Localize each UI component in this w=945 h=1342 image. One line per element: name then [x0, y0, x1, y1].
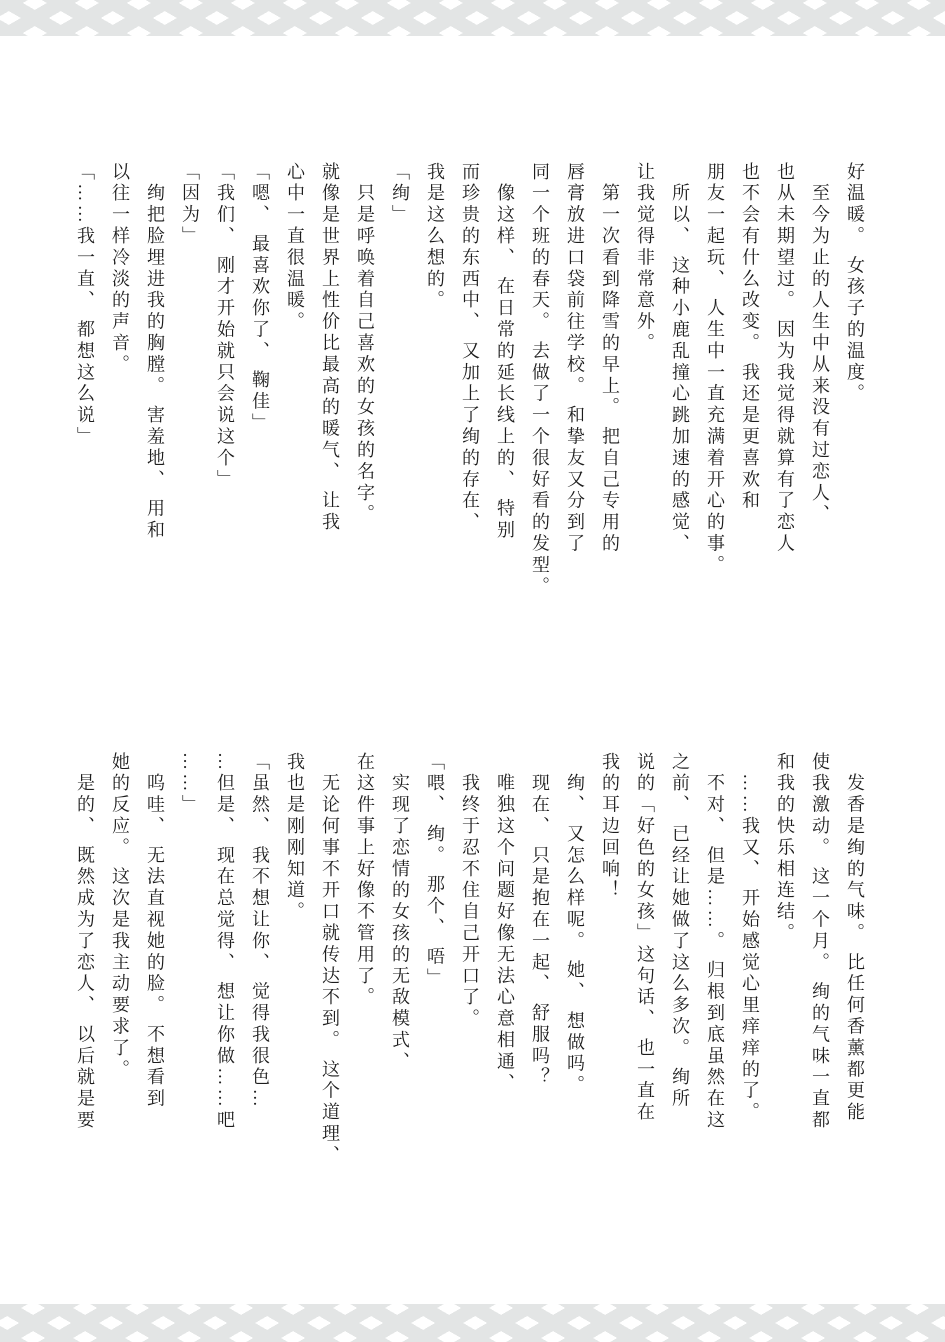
upper-text-block: 好温暖。 女孩子的温度。 至今为止的人生中从来没有过恋人、也从未期望过。 因为我… [67, 162, 872, 602]
text-line: 绚、 又怎么样呢。 她、 想做吗。 [557, 752, 592, 1192]
text-line: 之前、 已经让她做了这么多次。 绚所 [662, 752, 697, 1192]
text-line: 唯独这个问题好像无法心意相通、 [487, 752, 522, 1192]
text-line: 「虽然、 我不想让你、 觉得我很色… [242, 752, 277, 1192]
text-line: 在这件事上好像不管用了。 [347, 752, 382, 1192]
text-line: 我终于忍不住自己开口了。 [452, 752, 487, 1192]
text-line: ……」 [172, 752, 207, 1192]
text-line: 发香是绚的气味。 比任何香薰都更能 [837, 752, 872, 1192]
text-line: 也不会有什么改变。 我还是更喜欢和 [732, 162, 767, 602]
text-line: 唇膏放进口袋前往学校。 和挚友又分到了 [557, 162, 592, 602]
text-line: 「我们、 刚才开始就只会说这个」 [207, 162, 242, 602]
text-line: 就像是世界上性价比最高的暖气、 让我 [312, 162, 347, 602]
text-line: 说的「好色的女孩」这句话、 也一直在 [627, 752, 662, 1192]
text-line: 第一次看到降雪的早上。 把自己专用的 [592, 162, 627, 602]
text-line: 「因为」 [172, 162, 207, 602]
text-line: 朋友一起玩、 人生中一直充满着开心的事。 [697, 162, 732, 602]
text-line: 「绚」 [382, 162, 417, 602]
text-line: 让我觉得非常意外。 [627, 162, 662, 602]
text-line: …但是、 现在总觉得、 想让你做……吧 [207, 752, 242, 1192]
text-line: 她的反应。 这次是我主动要求了。 [102, 752, 137, 1192]
text-line: 像这样、 在日常的延长线上的、 特别 [487, 162, 522, 602]
text-line: 是的、 既然成为了恋人、 以后就是要 [67, 752, 102, 1192]
text-line: 只是呼唤着自己喜欢的女孩的名字。 [347, 162, 382, 602]
text-line: 呜哇、 无法直视她的脸。 不想看到 [137, 752, 172, 1192]
text-line: 至今为止的人生中从来没有过恋人、 [802, 162, 837, 602]
text-line: 所以、 这种小鹿乱撞心跳加速的感觉、 [662, 162, 697, 602]
text-line: 「嗯、 最喜欢你了、 鞠佳」 [242, 162, 277, 602]
stripe-border-bottom [0, 1304, 945, 1342]
stripe-border-top [0, 0, 945, 36]
text-line: 实现了恋情的女孩的无敌模式、 [382, 752, 417, 1192]
text-line: 而珍贵的东西中、 又加上了绚的存在、 [452, 162, 487, 602]
text-line: 现在、 只是抱在一起、 舒服吗？ [522, 752, 557, 1192]
text-line: 绚把脸埋进我的胸膛。 害羞地、 用和 [137, 162, 172, 602]
lower-text-block: 发香是绚的气味。 比任何香薰都更能使我激动。 这一个月。 绚的气味一直都和我的快… [67, 752, 872, 1192]
text-line: 我是这么想的。 [417, 162, 452, 602]
text-line: 我的耳边回响！ [592, 752, 627, 1192]
text-line: 以往一样冷淡的声音。 [102, 162, 137, 602]
text-line: 同一个班的春天。 去做了一个很好看的发型。 [522, 162, 557, 602]
text-line: 使我激动。 这一个月。 绚的气味一直都 [802, 752, 837, 1192]
text-line: 无论何事不开口就传达不到。 这个道理、 [312, 752, 347, 1192]
text-line: 不对、 但是……。 归根到底虽然在这 [697, 752, 732, 1192]
text-line: 我也是刚刚知道。 [277, 752, 312, 1192]
text-line: 「喂、 绚。 那个、 唔」 [417, 752, 452, 1192]
text-line: 「……我一直、 都想这么说」 [67, 162, 102, 602]
text-line: 好温暖。 女孩子的温度。 [837, 162, 872, 602]
text-line: 和我的快乐相连结。 [767, 752, 802, 1192]
text-line: 心中一直很温暖。 [277, 162, 312, 602]
text-line: ……我又、 开始感觉心里痒痒的了。 [732, 752, 767, 1192]
text-line: 也从未期望过。 因为我觉得就算有了恋人 [767, 162, 802, 602]
